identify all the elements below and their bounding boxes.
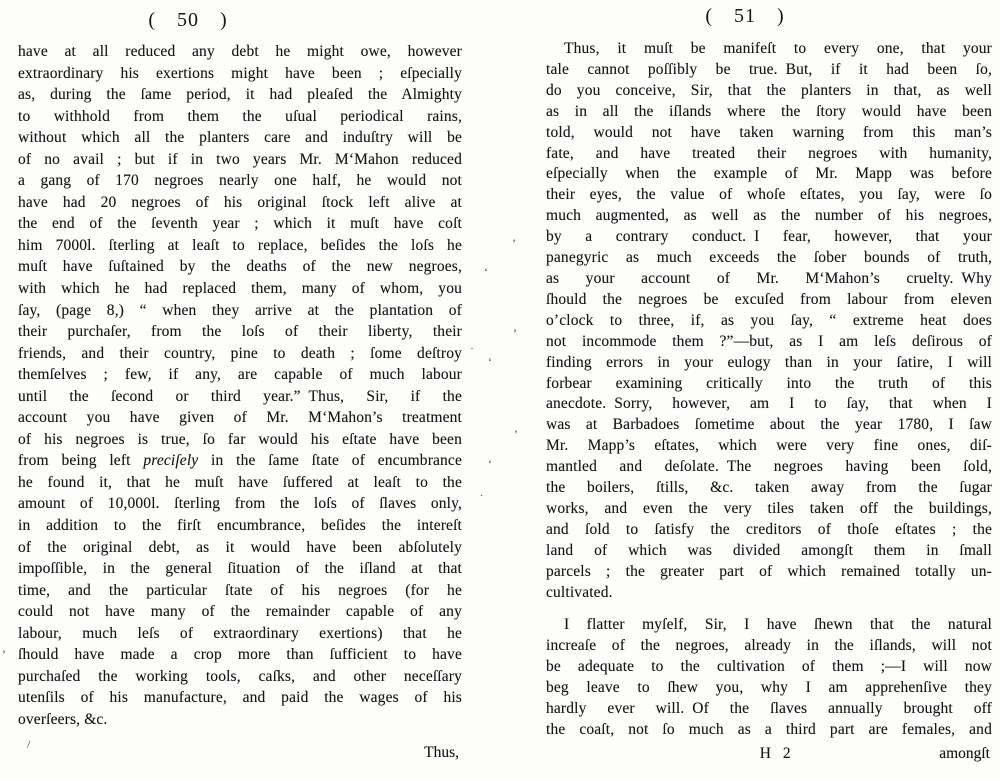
text-run: time, and the particular ſtate of his ne… [18,582,462,599]
text-line: tale cannot poſſibly be true. But, if it… [546,60,992,81]
text-line: he found it, that he muſt have ſuffered … [18,472,462,494]
page-51-header: ( 51 ) [522,5,968,28]
text-line: increaſe of the negroes, already in the … [546,636,992,657]
text-line: eſpecially when the example of Mr. Mapp … [546,164,992,185]
text-line: until the ſecond or third year.” Thus, S… [18,386,462,408]
text-run: utenſils of his manufacture, and paid th… [18,689,462,706]
text-run: in addition to the firſt encumbrance, be… [18,517,462,534]
scan-speck: · [470,342,474,354]
text-line: panegyric as much exceeds the ſober boun… [546,248,992,269]
text-run: forbear examining critically into the tr… [546,375,992,392]
text-run: have had 20 negroes of his original ſtoc… [18,194,462,211]
text-line: by a contrary conduct. I fear, however, … [546,227,992,248]
text-line: account you have given of Mr. M‘Mahon’s … [18,407,462,429]
text-run: without which all the planters care and … [18,129,462,146]
text-line: the coaſt, not ſo much as a third part a… [546,720,992,741]
paragraph: I flatter myſelf, Sir, I have ſhewn that… [546,615,992,740]
text-run: him 7000l. ſterling at leaſt to replace,… [18,237,462,254]
text-run: of no avail ; but if in two years Mr. M‘… [18,151,462,168]
paragraph: Thus, it muſt be manifeſt to every one, … [546,39,992,603]
text-line: finding errors in your eulogy than in yo… [546,353,992,374]
page-50-catchword: Thus, [18,744,462,762]
text-line: the boilers, ſtills, &c. taken away from… [546,478,992,499]
text-run: friends, and their country, pine to deat… [18,345,462,362]
text-line: of the original debt, as it would have b… [18,537,462,559]
text-line: without which all the planters care and … [18,127,462,149]
text-line: forbear examining critically into the tr… [546,374,992,395]
text-run: ſay, (page 8,) “ when they arrive at the… [18,302,462,319]
italic-text: preciſely [143,452,198,469]
text-run: a gang of 170 negroes nearly one half, h… [18,172,462,189]
page-50-header: ( 50 ) [0,9,410,32]
text-run: the boilers, ſtills, &c. taken away from… [546,479,992,496]
text-run: the coaſt, not ſo much as a third part a… [546,721,992,738]
text-run: as your account of Mr. M‘Mahon’s cruelty… [546,270,992,287]
text-run: amount of 10,000l. ſterling from the loſ… [18,495,462,512]
text-run: fate, and have treated their negroes wit… [546,145,992,162]
text-line: not incommode them ?”—but, as I am leſs … [546,332,992,353]
text-line: as in all the iſlands where the ſtory wo… [546,102,992,123]
text-line: to withhold from them the uſual periodic… [18,106,462,128]
text-line: mantled and deſolate. The negroes having… [546,457,992,478]
text-run: cultivated. [546,584,613,601]
scan-speck: / [27,738,30,750]
text-run: overſeers, &c. [18,711,107,728]
text-line: told, would not have taken warning from … [546,123,992,144]
text-run: until the ſecond or third year.” Thus, S… [18,388,462,405]
page-51-body: Thus, it muſt be manifeſt to every one, … [546,39,992,741]
scan-speck: ’ [513,327,517,339]
text-run: purchaſed the working tools, caſks, and … [18,668,462,685]
text-line: as your account of Mr. M‘Mahon’s cruelty… [546,269,992,290]
text-line: their purchaſer, from the loſs of their … [18,321,462,343]
text-run: in the ſame ſtate of encumbrance [198,452,462,469]
text-run: have at all reduced any debt he might ow… [18,43,462,60]
text-line: ſay, (page 8,) “ when they arrive at the… [18,300,462,322]
text-line: beg leave to ſhew you, why I am apprehen… [546,678,992,699]
text-line: works, and even the very tiles taken off… [546,499,992,520]
scan-speck: . [480,486,483,498]
scan-speck: ’ [512,237,516,249]
text-run: ſhould have made a crop more than ſuffic… [18,646,462,663]
text-line: him 7000l. ſterling at leaſt to replace,… [18,235,462,257]
text-line: much augmented, as well as the number of… [546,206,992,227]
text-line: land of which was divided amongſt them i… [546,541,992,562]
text-line: parcels ; the greater part of which rema… [546,562,992,583]
text-line: have had 20 negroes of his original ſtoc… [18,192,462,214]
text-run: hardly ever will. Of the ſlaves annually… [546,700,992,717]
text-run: anecdote. Sorry, however, am I to ſay, t… [546,395,992,412]
text-run: I flatter myſelf, Sir, I have ſhewn that… [564,616,992,633]
text-line: with which he had replaced them, many of… [18,278,462,300]
text-line: cultivated. [546,583,992,604]
text-line: do you conceive, Sir, that the planters … [546,81,992,102]
scan-speck: ’ [2,648,6,660]
text-line: could not have many of the remainder cap… [18,601,462,623]
text-run: of the original debt, as it would have b… [18,539,462,556]
scan-speck: ‘ [488,356,492,368]
text-run: by a contrary conduct. I fear, however, … [546,228,992,245]
text-run: of his negroes is true, ſo far would his… [18,431,462,448]
text-run: Thus, it muſt be manifeſt to every one, … [564,40,992,57]
page-51-footer: H 2 amongſt [546,745,992,767]
text-run: as in all the iſlands where the ſtory wo… [546,103,992,120]
page-50-body: have at all reduced any debt he might ow… [18,41,462,731]
text-run: o’clock to three, if, as you ſay, “ extr… [546,312,992,329]
text-run: with which he had replaced them, many of… [18,280,462,297]
text-line: time, and the particular ſtate of his ne… [18,580,462,602]
text-run: mantled and deſolate. The negroes having… [546,458,992,475]
text-run: panegyric as much exceeds the ſober boun… [546,249,992,266]
text-run: he found it, that he muſt have ſuffered … [18,474,462,491]
text-run: as, during the ſame period, it had pleaſ… [18,86,462,103]
text-line: friends, and their country, pine to deat… [18,343,462,365]
text-line: Thus, it muſt be manifeſt to every one, … [546,39,992,60]
text-run: muſt have ſuſtained by the deaths of the… [18,258,462,275]
text-run: could not have many of the remainder cap… [18,603,462,620]
text-line: their eyes, the value of whoſe eſtates, … [546,185,992,206]
text-line: be adequate to the cultivation of them ;… [546,657,992,678]
text-run: was at Barbadoes ſometime about the year… [546,416,992,433]
text-line: and ſold to ſatisfy the creditors of tho… [546,520,992,541]
text-line: themſelves ; few, if any, are capable of… [18,364,462,386]
scan-speck: ‘ [488,458,492,470]
text-run: ſhould the negroes be excuſed from labou… [546,291,992,308]
text-run: extraordinary his exertions might have b… [18,65,462,82]
text-run: themſelves ; few, if any, are capable of… [18,366,462,383]
text-line: from being left preciſely in the ſame ſt… [18,450,462,472]
text-line: muſt have ſuſtained by the deaths of the… [18,256,462,278]
page-51: ( 51 ) Thus, it muſt be manifeſt to ever… [546,0,992,767]
text-line: amount of 10,000l. ſterling from the loſ… [18,493,462,515]
text-line: utenſils of his manufacture, and paid th… [18,687,462,709]
text-run: impoſſible, in the general ſituation of … [18,560,462,577]
text-run: and ſold to ſatisfy the creditors of tho… [546,521,992,538]
text-line: anecdote. Sorry, however, am I to ſay, t… [546,394,992,415]
text-line: have at all reduced any debt he might ow… [18,41,462,63]
text-run: their purchaſer, from the loſs of their … [18,323,462,340]
text-run: told, would not have taken warning from … [546,124,992,141]
text-line: of his negroes is true, ſo far would his… [18,429,462,451]
text-line: ſhould the negroes be excuſed from labou… [546,290,992,311]
text-run: do you conceive, Sir, that the planters … [546,82,992,99]
text-line: the end of the ſeventh year ; which it m… [18,213,462,235]
text-line: ſhould have made a crop more than ſuffic… [18,644,462,666]
text-run: labour, much leſs of extraordinary exert… [18,625,462,642]
text-run: works, and even the very tiles taken off… [546,500,992,517]
text-line: Mr. Mapp’s eſtates, which were very fine… [546,436,992,457]
text-run: be adequate to the cultivation of them ;… [546,658,992,675]
text-run: parcels ; the greater part of which rema… [546,563,992,580]
text-run: finding errors in your eulogy than in yo… [546,354,992,371]
page-50: ( 50 ) have at all reduced any debt he m… [18,0,462,762]
signature-mark: H 2 [760,745,791,763]
text-line: labour, much leſs of extraordinary exert… [18,623,462,645]
text-run: eſpecially when the example of Mr. Mapp … [546,165,992,182]
text-run: increaſe of the negroes, already in the … [546,637,992,654]
text-run: tale cannot poſſibly be true. But, if it… [546,61,992,78]
text-line: in addition to the firſt encumbrance, be… [18,515,462,537]
text-run: from being left [18,452,143,469]
text-run: to withhold from them the uſual periodic… [18,108,462,125]
text-line: fate, and have treated their negroes wit… [546,144,992,165]
text-line: purchaſed the working tools, caſks, and … [18,666,462,688]
text-line: o’clock to three, if, as you ſay, “ extr… [546,311,992,332]
text-line: as, during the ſame period, it had pleaſ… [18,84,462,106]
text-run: the end of the ſeventh year ; which it m… [18,215,462,232]
scan-speck: ’ [514,428,518,440]
text-line: was at Barbadoes ſometime about the year… [546,415,992,436]
text-line: a gang of 170 negroes nearly one half, h… [18,170,462,192]
scan-speck: ‘ [484,266,488,278]
text-run: their eyes, the value of whoſe eſtates, … [546,186,992,203]
text-run: Mr. Mapp’s eſtates, which were very fine… [546,437,992,454]
text-run: much augmented, as well as the number of… [546,207,992,224]
text-run: beg leave to ſhew you, why I am apprehen… [546,679,992,696]
text-line: hardly ever will. Of the ſlaves annually… [546,699,992,720]
text-run: not incommode them ?”—but, as I am leſs … [546,333,992,350]
book-scan: ( 50 ) have at all reduced any debt he m… [0,0,1000,781]
text-line: impoſſible, in the general ſituation of … [18,558,462,580]
text-line: overſeers, &c. [18,709,462,731]
text-line: extraordinary his exertions might have b… [18,63,462,85]
text-line: of no avail ; but if in two years Mr. M‘… [18,149,462,171]
page-51-catchword: amongſt [939,745,990,763]
text-line: I flatter myſelf, Sir, I have ſhewn that… [546,615,992,636]
text-run: land of which was divided amongſt them i… [546,542,992,559]
text-run: account you have given of Mr. M‘Mahon’s … [18,409,462,426]
